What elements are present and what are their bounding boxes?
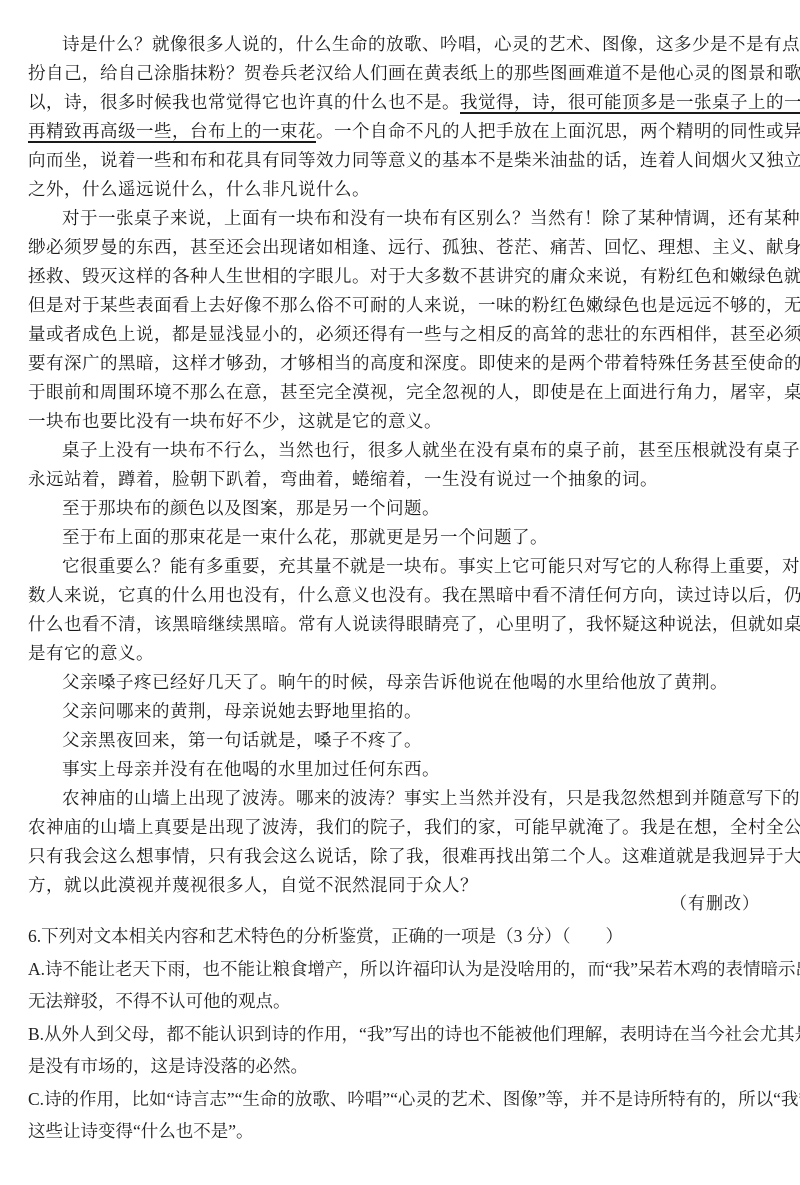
option-text: 诗不能让老天下雨，也不能让粮食增产，所以许福印认为是没啥用的，而“我”呆若木鸡的… [45,959,800,979]
passage-line: 是有它的意义。 [28,640,772,668]
passage-line: 方，就以此漠视并蔑视很多人，自觉不泯然混同于众人？ [28,872,772,900]
option-label: B. [28,1024,44,1044]
passage-line: 至于那块布的颜色以及图案，那是另一个问题。 [62,495,772,523]
option-a-continued: 无法辩驳，不得不认可他的观点。 [28,986,772,1016]
passage-line: 父亲问哪来的黄荆，母亲说她去野地里掐的。 [62,698,772,726]
passage-line: 诗是什么？就像很多人说的，什么生命的放歌、吟唱，心灵的艺术、图像，这多少是不是有… [62,31,772,59]
option-label: A. [28,959,45,979]
passage-line: 农神庙的山墙上出现了波涛。哪来的波涛？事实上当然并没有，只是我忽然想到并随意写下… [62,785,772,813]
passage-line: 什么也看不清，该黑暗继续黑暗。常有人说读得眼睛亮了，心里明了，我怀疑这种说法，但… [28,611,772,639]
option-text: 从外人到父母，都不能认识到诗的作用，“我”写出的诗也不能被他们理解，表明诗在当今… [44,1024,800,1044]
passage-line: 再精致再高级一些，台布上的一束花。一个自命不凡的人把手放在上面沉思，两个精明的同… [28,118,772,146]
passage-line: 父亲嗓子疼已经好几天了。晌午的时候，母亲告诉他说在他喝的水里给他放了黄荆。 [62,669,772,697]
passage-line: 至于布上面的那束花是一束什么花，那就更是另一个问题了。 [62,524,772,552]
passage-text: 以，诗，很多时候我也常觉得它也许真的什么也不是。 [28,93,460,113]
passage-line: 数人来说，它真的什么用也没有，什么意义也没有。我在黑暗中看不清任何方向，读过诗以… [28,582,772,610]
passage-line: 拯救、毁灭这样的各种人生世相的字眼儿。对于大多数不甚讲究的庸众来说，有粉红色和嫩… [28,263,772,291]
passage-line: 永远站着，蹲着，脸朝下趴着，弯曲着，蜷缩着，一生没有说过一个抽象的词。 [28,466,772,494]
passage-line: 于眼前和周围环境不那么在意，甚至完全漠视，完全忽视的人，即使是在上面进行角力，屠… [28,379,772,407]
passage-line: 它很重要么？能有多重要，充其量不就是一块布。事实上它可能只对写它的人称得上重要，… [62,553,772,581]
passage-line: 以，诗，很多时候我也常觉得它也许真的什么也不是。我觉得，诗，很可能顶多是一张桌子… [28,89,772,117]
passage-line: 缈必须罗曼的东西，甚至还会出现诸如相逢、远行、孤独、苍茫、痛苦、回忆、理想、主义… [28,234,772,262]
passage-line: 一块布也要比没有一块布好不少，这就是它的意义。 [28,408,772,436]
passage-line: 量或者成色上说，都是显浅显小的，必须还得有一些与之相反的高耸的悲壮的东西相伴，甚… [28,321,772,349]
passage-line: 事实上母亲并没有在他喝的水里加过任何东西。 [62,756,772,784]
passage-line: 桌子上没有一块布不行么，当然也行，很多人就坐在没有桌布的桌子前，甚至压根就没有桌… [62,437,772,465]
passage-line: 要有深广的黑暗，这样才够劲，才够相当的高度和深度。即使来的是两个带着特殊任务甚至… [28,350,772,378]
passage-line: 对于一张桌子来说，上面有一块布和没有一块布有区别么？当然有！除了某种情调，还有某… [62,205,772,233]
passage-line: 农神庙的山墙上真要是出现了波涛，我们的院子，我们的家，可能早就淹了。我是在想，全… [28,814,772,842]
passage-line: 但是对于某些表面看上去好像不那么俗不可耐的人来说，一味的粉红色嫩绿色也是远远不够… [28,292,772,320]
option-b-continued: 是没有市场的，这是诗没落的必然。 [28,1051,772,1081]
exam-page: 诗是什么？就像很多人说的，什么生命的放歌、吟唱，心灵的艺术、图像，这多少是不是有… [0,0,800,1185]
option-b[interactable]: B.从外人到父母，都不能认识到诗的作用，“我”写出的诗也不能被他们理解，表明诗在… [28,1019,772,1049]
source-note: （有删改） [670,890,760,918]
underlined-sentence: 再精致再高级一些，台布上的一束花 [28,122,316,142]
passage-line: 只有我会这么想事情，只有我会这么说话，除了我，很难再找出第二个人。这难道就是我迥… [28,843,772,871]
passage-line: 向而坐，说着一些和布和花具有同等效力同等意义的基本不是柴米油盐的话，连着人间烟火… [28,147,772,175]
passage-line: 之外，什么遥远说什么，什么非凡说什么。 [28,176,772,204]
option-label: C. [28,1089,44,1109]
passage-line: 扮自己，给自己涂脂抹粉？贺卷兵老汉给人们画在黄表纸上的那些图画难道不是他心灵的图… [28,60,772,88]
option-c[interactable]: C.诗的作用，比如“诗言志”“生命的放歌、吟唱”“心灵的艺术、图像”等，并不是诗… [28,1084,772,1114]
option-text: 诗的作用，比如“诗言志”“生命的放歌、吟唱”“心灵的艺术、图像”等，并不是诗所特… [44,1089,800,1109]
passage-line: 父亲黑夜回来，第一句话就是，嗓子不疼了。 [62,727,772,755]
underlined-sentence: 我觉得，诗，很可能顶多是一张桌子上的一块台布， [460,93,800,113]
question-stem: 6.下列对文本相关内容和艺术特色的分析鉴赏，正确的一项是（3 分）（ ） [28,921,772,951]
passage-text: 。一个自命不凡的人把手放在上面沉思，两个精明的同性或异性者相 [316,122,800,142]
option-a[interactable]: A.诗不能让老天下雨，也不能让粮食增产，所以许福印认为是没啥用的，而“我”呆若木… [28,954,772,984]
option-c-continued: 这些让诗变得“什么也不是”。 [28,1116,772,1146]
